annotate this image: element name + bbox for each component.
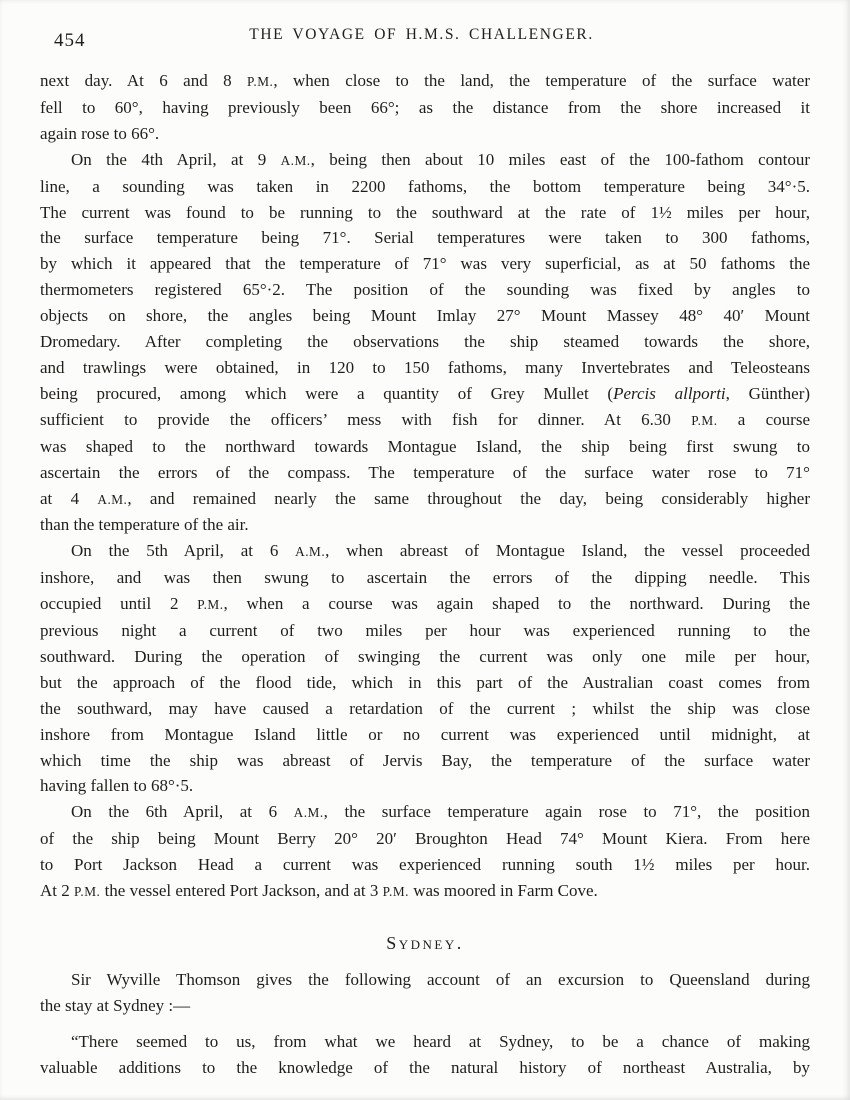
text-line: On the 4th April, at 9 A.M., being then … — [40, 147, 810, 174]
text-line: sufficient to provide the officers’ mess… — [40, 407, 810, 434]
text-line: line, a sounding was taken in 2200 fatho… — [40, 174, 810, 200]
text-line: to Port Jackson Head a current was exper… — [40, 852, 810, 878]
section-heading: Sydney. — [40, 930, 810, 956]
text-line: valuable additions to the knowledge of t… — [40, 1055, 810, 1081]
text-line: fell to 60°, having previously been 66°;… — [40, 95, 810, 121]
text-line: inshore from Montague Island little or n… — [40, 722, 810, 748]
text-line: was shaped to the northward towards Mont… — [40, 434, 810, 460]
text-line: occupied until 2 P.M., when a course was… — [40, 591, 810, 618]
text-line: but the approach of the flood tide, whic… — [40, 670, 810, 696]
text-line: ascertain the errors of the compass. The… — [40, 460, 810, 486]
text-line: On the 6th April, at 6 A.M., the surface… — [40, 799, 810, 826]
text-line: previous night a current of two miles pe… — [40, 618, 810, 644]
text-line: and trawlings were obtained, in 120 to 1… — [40, 355, 810, 381]
running-title: THE VOYAGE OF H.M.S. CHALLENGER. — [249, 26, 594, 44]
text-line: The current was found to be running to t… — [40, 200, 810, 226]
text-line: at 4 A.M., and remained nearly the same … — [40, 486, 810, 513]
text-line: objects on shore, the angles being Mount… — [40, 303, 810, 329]
page-header: 454 THE VOYAGE OF H.M.S. CHALLENGER. — [40, 24, 810, 60]
text-line: next day. At 6 and 8 P.M., when close to… — [40, 68, 810, 95]
text-line: of the ship being Mount Berry 20° 20′ Br… — [40, 826, 810, 852]
text-line: by which it appeared that the temperatur… — [40, 251, 810, 277]
book-page: 454 THE VOYAGE OF H.M.S. CHALLENGER. nex… — [0, 0, 850, 1100]
paragraph: “There seemed to us, from what we heard … — [40, 1029, 810, 1081]
text-line: southward. During the operation of swing… — [40, 644, 810, 670]
paragraph: Sir Wyville Thomson gives the following … — [40, 967, 810, 1019]
paragraph: On the 5th April, at 6 A.M., when abreas… — [40, 538, 810, 799]
page-number: 454 — [54, 30, 86, 52]
text-line: Sir Wyville Thomson gives the following … — [40, 967, 810, 993]
text-line: the southward, may have caused a retarda… — [40, 696, 810, 722]
text-line: being procured, among which were a quant… — [40, 381, 810, 407]
text-line: which time the ship was abreast of Jervi… — [40, 748, 810, 774]
paragraph: On the 4th April, at 9 A.M., being then … — [40, 147, 810, 539]
text-line: On the 5th April, at 6 A.M., when abreas… — [40, 538, 810, 565]
paragraph: On the 6th April, at 6 A.M., the surface… — [40, 799, 810, 905]
text-line: the surface temperature being 71°. Seria… — [40, 225, 810, 251]
paragraph: next day. At 6 and 8 P.M., when close to… — [40, 68, 810, 147]
text-line: inshore, and was then swung to ascertain… — [40, 565, 810, 591]
text-line: thermometers registered 65°·2. The posit… — [40, 277, 810, 303]
text-line: At 2 P.M. the vessel entered Port Jackso… — [40, 878, 810, 905]
text-line: having fallen to 68°·5. — [40, 773, 810, 799]
text-line: Dromedary. After completing the observat… — [40, 329, 810, 355]
text-line: again rose to 66°. — [40, 121, 810, 147]
text-line: the stay at Sydney :— — [40, 993, 810, 1019]
text-line: “There seemed to us, from what we heard … — [40, 1029, 810, 1055]
body-text: next day. At 6 and 8 P.M., when close to… — [40, 68, 810, 1081]
text-line: than the temperature of the air. — [40, 512, 810, 538]
